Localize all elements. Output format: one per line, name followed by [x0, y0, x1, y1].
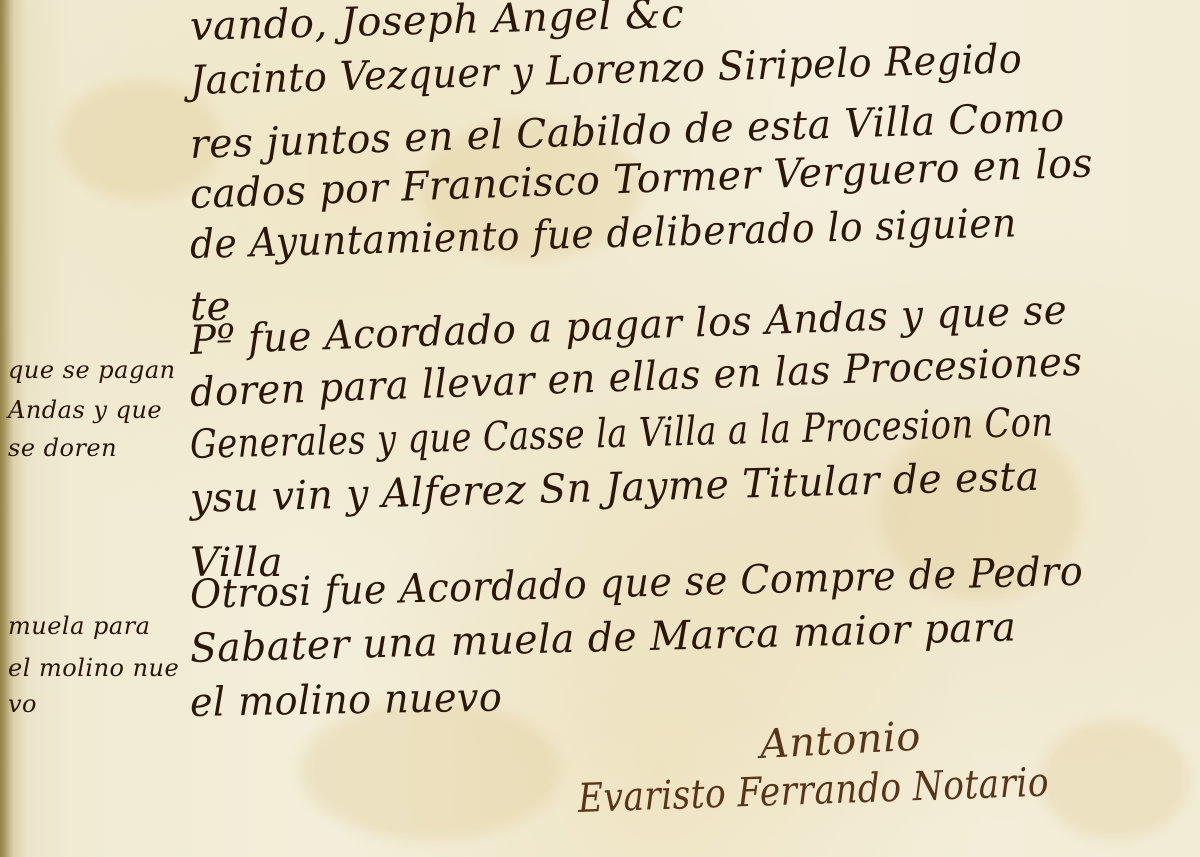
margin-note-line: Andas y que	[8, 396, 162, 424]
signature-notary: Evaristo Ferrando Notario	[577, 760, 1050, 822]
body-line: vando, Joseph Angel &c	[189, 0, 684, 50]
margin-note-line: el molino nue	[8, 654, 179, 682]
body-line: el molino nuevo	[190, 675, 503, 726]
page-spine-shadow	[0, 0, 14, 857]
margin-note-line: vo	[8, 690, 37, 718]
manuscript-page: vando, Joseph Angel &c Jacinto Vezquer y…	[0, 0, 1200, 857]
margin-note-line: se doren	[8, 434, 117, 462]
paper-stain	[1040, 720, 1190, 840]
signature-antonio: Antonio	[759, 714, 922, 768]
margin-note-line: que se pagan	[8, 356, 176, 384]
margin-note-line: muela para	[8, 612, 150, 640]
